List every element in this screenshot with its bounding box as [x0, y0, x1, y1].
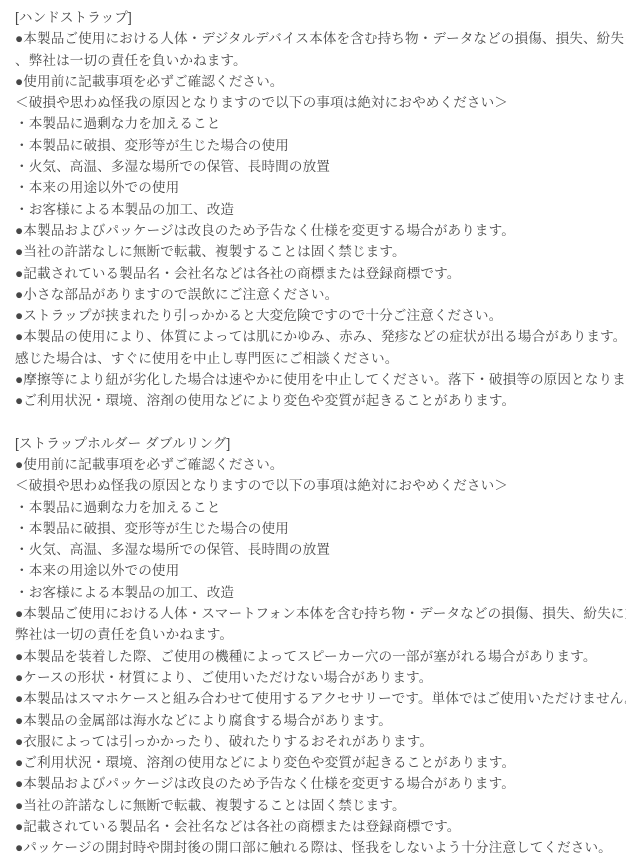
notice-line: ・本来の用途以外での使用 [15, 560, 626, 581]
notice-line: 、弊社は一切の責任を負いかねます。 [15, 50, 626, 71]
notice-line: ・本製品に破損、変形等が生じた場合の使用 [15, 518, 626, 539]
notice-line: ●本製品およびパッケージは改良のため予告なく仕様を変更する場合があります。 [15, 220, 626, 241]
notice-line: ●パッケージの開封時や開封後の開口部に触れる際は、怪我をしないよう十分注意してく… [15, 837, 626, 855]
notice-line: 感じた場合は、すぐに使用を中止し専門医にご相談ください。 [15, 348, 626, 369]
section-hand-strap: [ハンドストラップ] ●本製品ご使用における人体・デジタルデバイス本体を含む持ち… [15, 7, 626, 412]
section-title-hand-strap: [ハンドストラップ] [15, 7, 626, 28]
notice-line: ●ケースの形状・材質により、ご使用いただけない場合があります。 [15, 667, 626, 688]
notice-line: ●ストラップが挟まれたり引っかかると大変危険ですので十分ご注意ください。 [15, 305, 626, 326]
notice-line: ●本製品およびパッケージは改良のため予告なく仕様を変更する場合があります。 [15, 773, 626, 794]
notice-line: ・お客様による本製品の加工、改造 [15, 582, 626, 603]
notice-line: ・本製品に過剰な力を加えること [15, 497, 626, 518]
section-strap-holder-double-ring: [ストラップホルダー ダブルリング] ●使用前に記載事項を必ずご確認ください。＜… [15, 433, 626, 855]
notice-line: ●使用前に記載事項を必ずご確認ください。 [15, 71, 626, 92]
notice-line: ●ご利用状況・環境、溶剤の使用などにより変色や変質が起きることがあります。 [15, 390, 626, 411]
section-hand-strap-lines: ●本製品ご使用における人体・デジタルデバイス本体を含む持ち物・データなどの損傷、… [15, 28, 626, 411]
notice-line: ＜破損や思わぬ怪我の原因となりますので以下の事項は絶対におやめください＞ [15, 92, 626, 113]
notice-line: ・火気、高温、多湿な場所での保管、長時間の放置 [15, 156, 626, 177]
notice-line: ●本製品の金属部は海水などにより腐食する場合があります。 [15, 710, 626, 731]
notice-line: ・お客様による本製品の加工、改造 [15, 199, 626, 220]
notice-line: ・本製品に破損、変形等が生じた場合の使用 [15, 135, 626, 156]
notice-line: ●本製品を装着した際、ご使用の機種によってスピーカー穴の一部が塞がれる場合があり… [15, 646, 626, 667]
notice-line: ・本製品に過剰な力を加えること [15, 113, 626, 134]
notice-line: ●本製品ご使用における人体・スマートフォン本体を含む持ち物・データなどの損傷、損… [15, 603, 626, 624]
notice-line: ●記載されている製品名・会社名などは各社の商標または登録商標です。 [15, 816, 626, 837]
notice-line: ●使用前に記載事項を必ずご確認ください。 [15, 454, 626, 475]
section-strap-holder-lines: ●使用前に記載事項を必ずご確認ください。＜破損や思わぬ怪我の原因となりますので以… [15, 454, 626, 855]
notice-line: ●当社の許諾なしに無断で転載、複製することは固く禁じます。 [15, 795, 626, 816]
notice-line: ＜破損や思わぬ怪我の原因となりますので以下の事項は絶対におやめください＞ [15, 475, 626, 496]
notice-line: ●衣服によっては引っかかったり、破れたりするおそれがあります。 [15, 731, 626, 752]
notice-line: ●当社の許諾なしに無断で転載、複製することは固く禁じます。 [15, 241, 626, 262]
notice-line: ●摩擦等により紐が劣化した場合は速やかに使用を中止してください。落下・破損等の原… [15, 369, 626, 390]
notice-line: 弊社は一切の責任を負いかねます。 [15, 624, 626, 645]
notice-line: ●小さな部品がありますので誤飲にご注意ください。 [15, 284, 626, 305]
notice-line: ●記載されている製品名・会社名などは各社の商標または登録商標です。 [15, 263, 626, 284]
notice-line: ●本製品ご使用における人体・デジタルデバイス本体を含む持ち物・データなどの損傷、… [15, 28, 626, 49]
notice-line: ・本来の用途以外での使用 [15, 177, 626, 198]
section-title-strap-holder: [ストラップホルダー ダブルリング] [15, 433, 626, 454]
notice-line: ●本製品の使用により、体質によっては肌にかゆみ、赤み、発疹などの症状が出る場合が… [15, 326, 626, 347]
notice-line: ●本製品はスマホケースと組み合わせて使用するアクセサリーです。単体ではご使用いた… [15, 688, 626, 709]
notice-line: ・火気、高温、多湿な場所での保管、長時間の放置 [15, 539, 626, 560]
notice-line: ●ご利用状況・環境、溶剤の使用などにより変色や変質が起きることがあります。 [15, 752, 626, 773]
disclaimer-document: [ハンドストラップ] ●本製品ご使用における人体・デジタルデバイス本体を含む持ち… [0, 0, 640, 855]
